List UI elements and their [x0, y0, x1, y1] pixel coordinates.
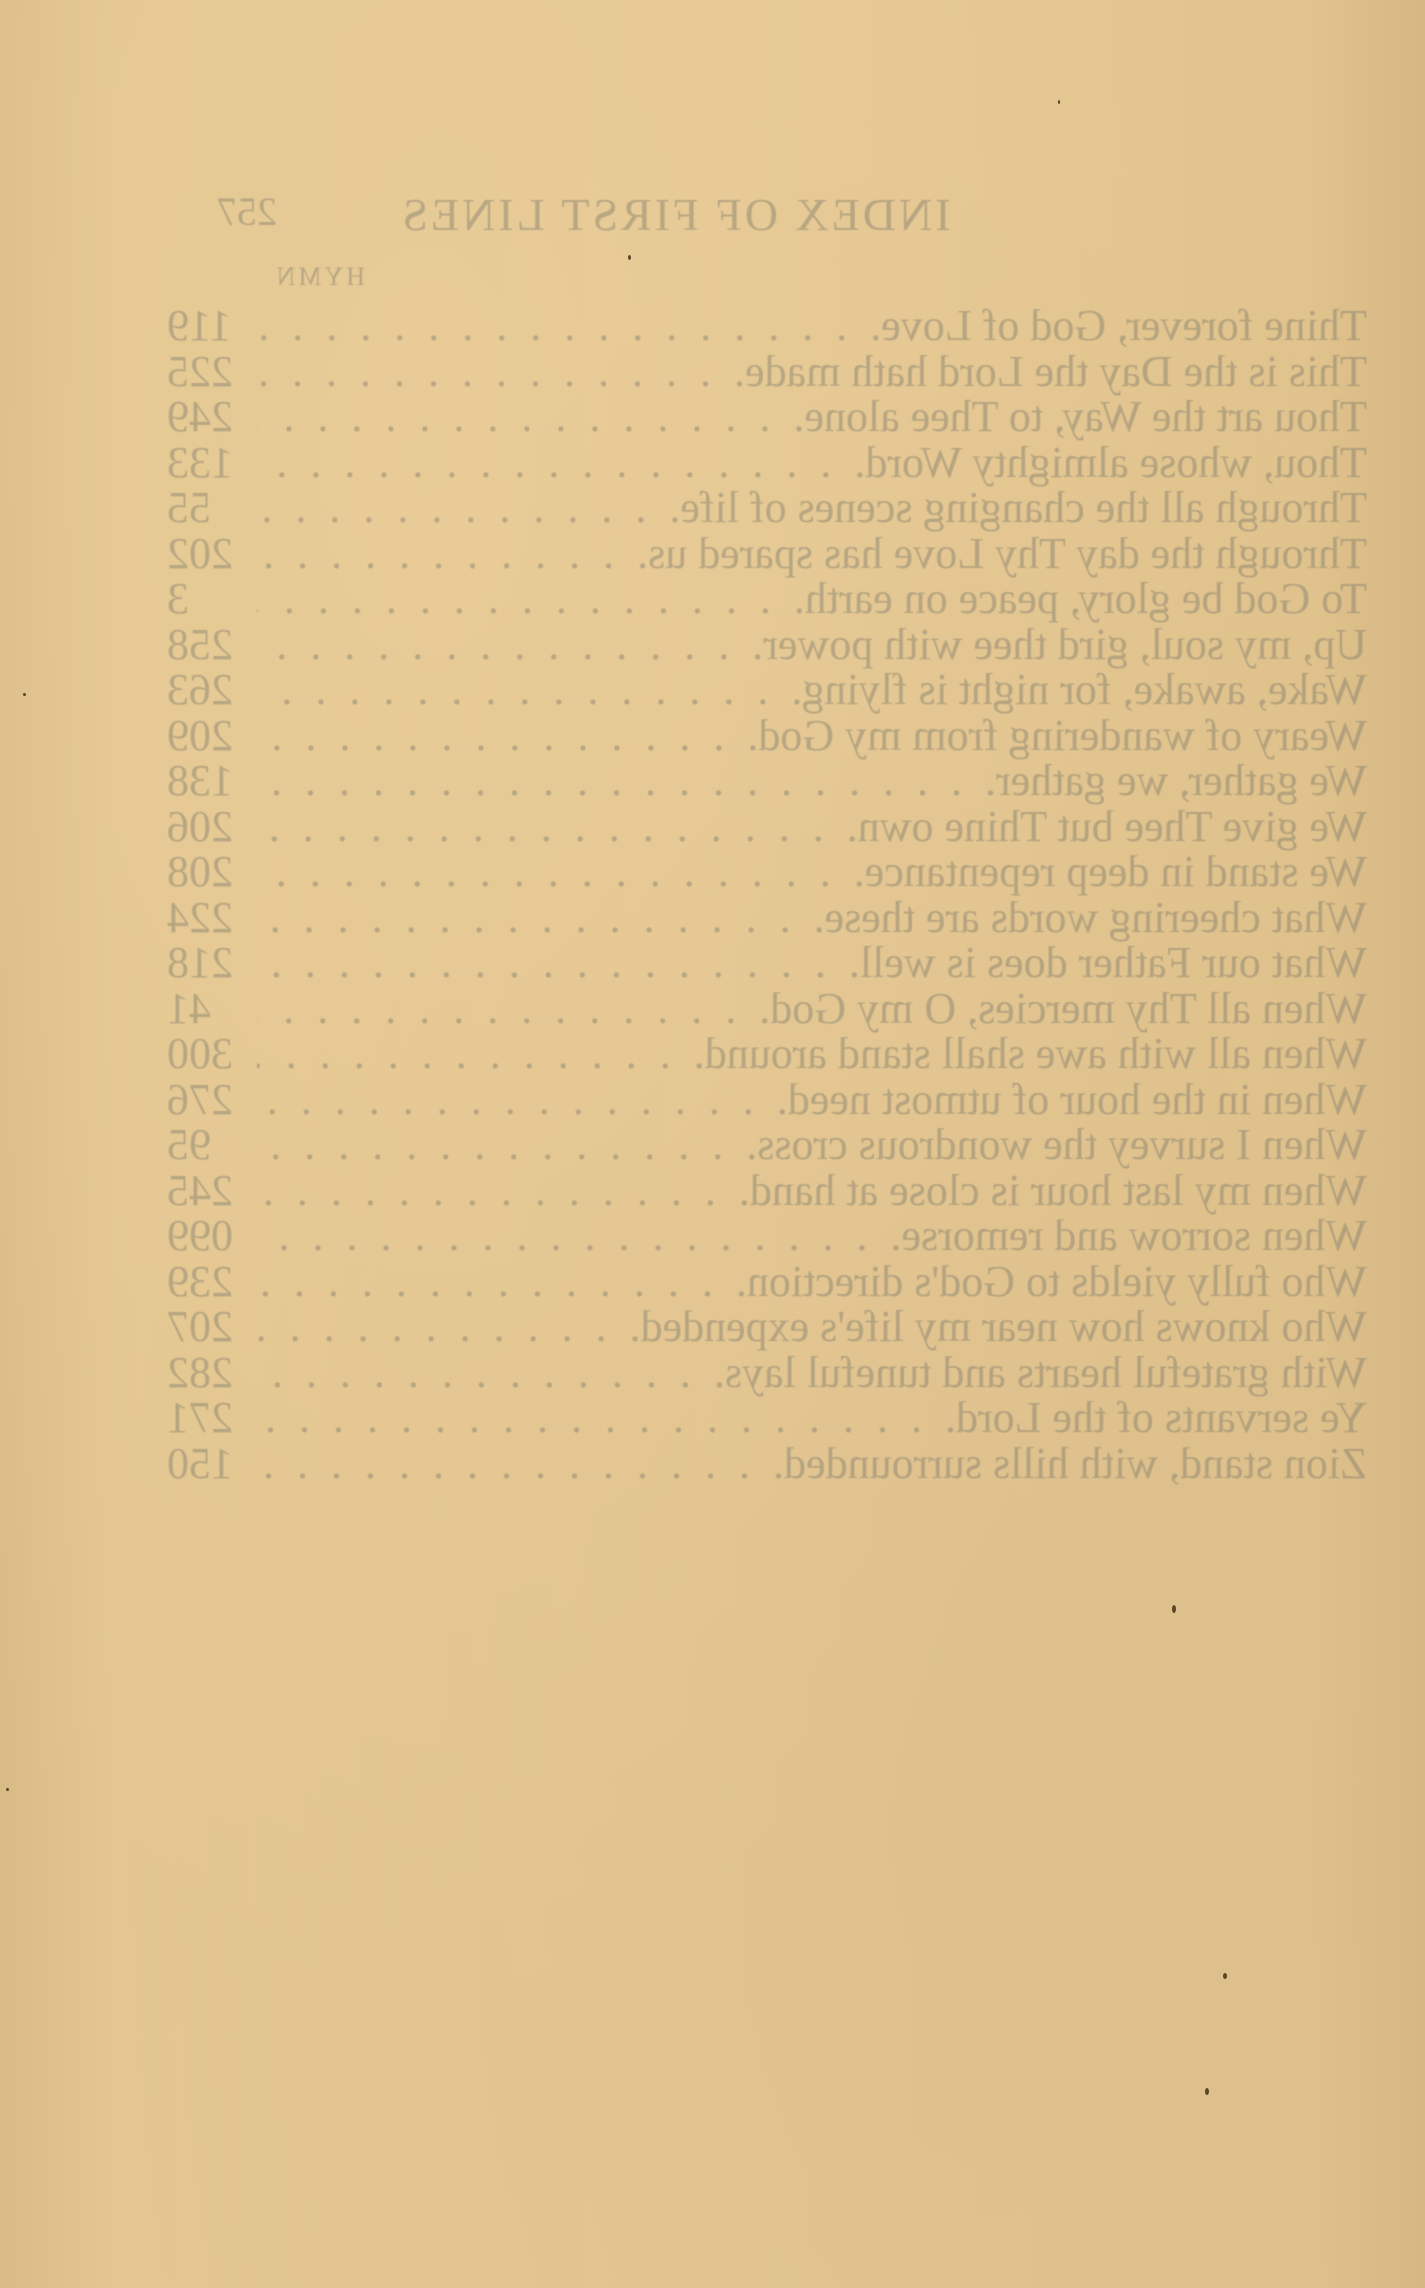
- leader-dots: . . . . . . . . . . . . . . . . . . . . …: [257, 619, 763, 670]
- entry-hymn-number: 224: [167, 892, 257, 943]
- leader-dots: . . . . . . . . . . . . . . . . . . . . …: [257, 1210, 901, 1261]
- entry-first-line: When my last hour is close at hand: [750, 1165, 1367, 1216]
- index-entry: Up, my soul, gird thee with power . . . …: [167, 619, 1367, 665]
- index-entry: Who fully yields to God's direction . . …: [167, 1256, 1367, 1302]
- entry-first-line: Up, my soul, gird thee with power: [763, 619, 1367, 670]
- entry-first-line: Zion stand, with hills surrounded: [784, 1438, 1367, 1489]
- entry-hymn-number: 202: [167, 528, 257, 579]
- leader-dots: . . . . . . . . . . . . . . . . . . . . …: [257, 1165, 750, 1216]
- leader-dots: . . . . . . . . . . . . . . . . . . . . …: [257, 1392, 956, 1443]
- index-entry: Ye servants of the Lord . . . . . . . . …: [167, 1392, 1367, 1438]
- index-entry: With grateful hearts and tuneful lays . …: [167, 1347, 1367, 1393]
- running-head: INDEX OF FIRST LINES: [145, 188, 1205, 241]
- entry-hymn-number: 282: [167, 1347, 257, 1398]
- entry-hymn-number: 218: [167, 937, 257, 988]
- entry-hymn-number: 263: [167, 664, 257, 715]
- entry-first-line: What cheering words are these: [825, 892, 1367, 943]
- entry-first-line: This is the Day the Lord hath made: [745, 346, 1367, 397]
- index-entry: Through all the changing scenes of life …: [167, 482, 1367, 528]
- index-entry: To God be glory, peace on earth . . . . …: [167, 573, 1367, 619]
- entry-hymn-number: 150: [167, 1438, 257, 1489]
- entry-first-line: Wake, awake, for night is flying: [802, 664, 1367, 715]
- entry-hymn-number: 249: [167, 391, 257, 442]
- index-entry: We gather, we gather . . . . . . . . . .…: [167, 755, 1367, 801]
- index-entry: Thou art the Way, to Thee alone . . . . …: [167, 391, 1367, 437]
- entry-first-line: Through the day Thy Love has spared us: [648, 528, 1367, 579]
- entry-hymn-number: 225: [167, 346, 257, 397]
- entry-first-line: Ye servants of the Lord: [956, 1392, 1367, 1443]
- entry-first-line: When all Thy mercies, O my God: [770, 983, 1367, 1034]
- entry-hymn-number: 099: [167, 1210, 257, 1261]
- leader-dots: . . . . . . . . . . . . . . . . . . . . …: [257, 664, 802, 715]
- entry-first-line: We give Thee but Thine own: [858, 801, 1367, 852]
- leader-dots: . . . . . . . . . . . . . . . . . . . . …: [257, 1028, 705, 1079]
- entry-hymn-number: 133: [167, 437, 257, 488]
- index-entry: When all Thy mercies, O my God . . . . .…: [167, 983, 1367, 1029]
- leader-dots: . . . . . . . . . . . . . . . . . . . . …: [257, 1256, 747, 1307]
- leader-dots: . . . . . . . . . . . . . . . . . . . . …: [257, 846, 865, 897]
- index-entry: Wake, awake, for night is flying . . . .…: [167, 664, 1367, 710]
- entry-first-line: When I survey the wondrous cross: [757, 1119, 1367, 1170]
- leader-dots: . . . . . . . . . . . . . . . . . . . . …: [257, 801, 858, 852]
- entry-first-line: Who knows how near my life's expended: [641, 1301, 1367, 1352]
- entry-hymn-number: 271: [167, 1392, 257, 1443]
- entry-hymn-number: 3: [167, 573, 257, 624]
- leader-dots: . . . . . . . . . . . . . . . . . . . . …: [257, 755, 996, 806]
- entry-hymn-number: 95: [167, 1119, 257, 1170]
- leader-dots: . . . . . . . . . . . . . . . . . . . . …: [257, 391, 804, 442]
- index-entry: This is the Day the Lord hath made . . .…: [167, 346, 1367, 392]
- show-through-text: INDEX OF FIRST LINES 257 HYMN Thine fore…: [0, 0, 1425, 2288]
- index-entry: What our Father does is well . . . . . .…: [167, 937, 1367, 983]
- entry-first-line: When all with awe shall stand around: [705, 1028, 1367, 1079]
- entry-hymn-number: 276: [167, 1074, 257, 1125]
- leader-dots: . . . . . . . . . . . . . . . . . . . . …: [257, 528, 648, 579]
- index-entry: When sorrow and remorse . . . . . . . . …: [167, 1210, 1367, 1256]
- leader-dots: . . . . . . . . . . . . . . . . . . . . …: [257, 937, 860, 988]
- entry-first-line: Thou art the Way, to Thee alone: [804, 391, 1367, 442]
- entry-first-line: Who fully yields to God's direction: [747, 1256, 1367, 1307]
- leader-dots: . . . . . . . . . . . . . . . . . . . . …: [257, 300, 881, 351]
- leader-dots: . . . . . . . . . . . . . . . . . . . . …: [257, 710, 758, 761]
- entry-hymn-number: 258: [167, 619, 257, 670]
- index-entry: Thine forever, God of Love . . . . . . .…: [167, 300, 1367, 346]
- index-entry: Through the day Thy Love has spared us .…: [167, 528, 1367, 574]
- entry-hymn-number: 119: [167, 300, 257, 351]
- entry-first-line: When in the hour of utmost need: [788, 1074, 1367, 1125]
- entry-hymn-number: 300: [167, 1028, 257, 1079]
- leader-dots: . . . . . . . . . . . . . . . . . . . . …: [257, 1074, 788, 1125]
- leader-dots: . . . . . . . . . . . . . . . . . . . . …: [257, 346, 745, 397]
- entry-first-line: To God be glory, peace on earth: [805, 573, 1367, 624]
- entry-first-line: Weary of wandering from my God: [758, 710, 1367, 761]
- entry-hymn-number: 208: [167, 846, 257, 897]
- leader-dots: . . . . . . . . . . . . . . . . . . . . …: [257, 482, 680, 533]
- leader-dots: . . . . . . . . . . . . . . . . . . . . …: [257, 437, 865, 488]
- index-entry: Zion stand, with hills surrounded . . . …: [167, 1438, 1367, 1484]
- leader-dots: . . . . . . . . . . . . . . . . . . . . …: [257, 983, 770, 1034]
- index-entry: When my last hour is close at hand . . .…: [167, 1165, 1367, 1211]
- entry-hymn-number: 207: [167, 1301, 257, 1352]
- leader-dots: . . . . . . . . . . . . . . . . . . . . …: [257, 573, 805, 624]
- index-entry: We stand in deep repentance . . . . . . …: [167, 846, 1367, 892]
- leader-dots: . . . . . . . . . . . . . . . . . . . . …: [257, 1347, 725, 1398]
- entry-first-line: Through all the changing scenes of life: [680, 482, 1367, 533]
- entry-hymn-number: 239: [167, 1256, 257, 1307]
- entry-hymn-number: 41: [167, 983, 257, 1034]
- entry-first-line: What our Father does is well: [860, 937, 1367, 988]
- index-entry: Thou, whose almighty Word . . . . . . . …: [167, 437, 1367, 483]
- index-entry: When all with awe shall stand around . .…: [167, 1028, 1367, 1074]
- leader-dots: . . . . . . . . . . . . . . . . . . . . …: [257, 892, 825, 943]
- index-entry: Weary of wandering from my God . . . . .…: [167, 710, 1367, 756]
- leader-dots: . . . . . . . . . . . . . . . . . . . . …: [257, 1119, 757, 1170]
- index-entry: When in the hour of utmost need . . . . …: [167, 1074, 1367, 1120]
- entry-hymn-number: 206: [167, 801, 257, 852]
- entry-hymn-number: 55: [167, 482, 257, 533]
- entry-first-line: Thou, whose almighty Word: [865, 437, 1367, 488]
- entry-first-line: We stand in deep repentance: [865, 846, 1367, 897]
- entry-first-line: Thine forever, God of Love: [881, 300, 1367, 351]
- page-number: 257: [217, 188, 277, 235]
- leader-dots: . . . . . . . . . . . . . . . . . . . . …: [257, 1438, 784, 1489]
- entry-first-line: We gather, we gather: [996, 755, 1367, 806]
- entry-hymn-number: 138: [167, 755, 257, 806]
- entry-first-line: When sorrow and remorse: [901, 1210, 1367, 1261]
- entry-hymn-number: 209: [167, 710, 257, 761]
- index-entry: We give Thee but Thine own . . . . . . .…: [167, 801, 1367, 847]
- entry-hymn-number: 245: [167, 1165, 257, 1216]
- index-entry: When I survey the wondrous cross . . . .…: [167, 1119, 1367, 1165]
- leader-dots: . . . . . . . . . . . . . . . . . . . . …: [257, 1301, 641, 1352]
- column-label: HYMN: [274, 262, 365, 292]
- index-entry: What cheering words are these . . . . . …: [167, 892, 1367, 938]
- index-entries: Thine forever, God of Love . . . . . . .…: [167, 300, 1367, 1483]
- entry-first-line: With grateful hearts and tuneful lays: [725, 1347, 1367, 1398]
- index-entry: Who knows how near my life's expended . …: [167, 1301, 1367, 1347]
